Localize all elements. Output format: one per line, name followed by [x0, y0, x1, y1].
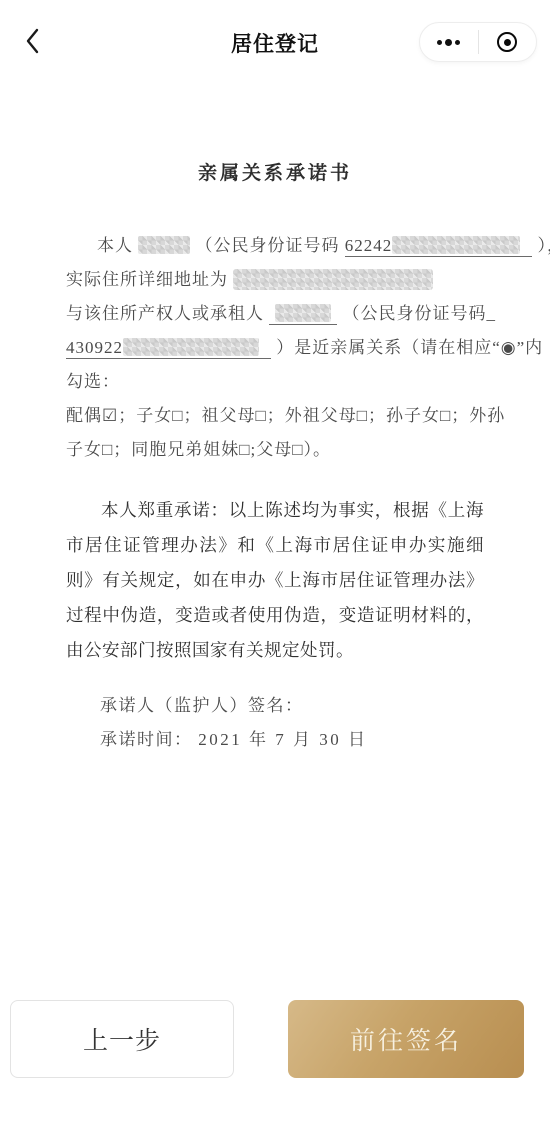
- relation-options-text: 子女□；同胞兄弟姐妹□;父母□）。: [66, 440, 331, 459]
- text-id-label-2: （公民身份证号码_: [343, 304, 497, 323]
- text-tick-label: 勾选：: [66, 372, 120, 391]
- redacted-id-number: [392, 236, 520, 254]
- text-tail: ），: [538, 236, 550, 255]
- landlord-name-field: [269, 304, 337, 325]
- id-number-field: 62242: [345, 236, 533, 257]
- residence-registration-screen: 居住登记 亲属关系承诺书 本人 （公民身份证号码 62242: [0, 0, 550, 1135]
- text-id-label: （公民身份证号码: [196, 236, 340, 255]
- date-label: 承诺时间：: [100, 730, 193, 749]
- relation-options-text: 配偶☑；子女□；祖父母□；外祖父母□；孙子女□；外孙: [66, 406, 505, 425]
- target-circle-icon: [497, 32, 517, 52]
- doc-line: 430922 ）是近亲属关系（请在相应“◉”内: [66, 331, 484, 365]
- go-to-sign-button[interactable]: 前往签名: [288, 1000, 524, 1078]
- relation-options-line-2: 子女□；同胞兄弟姐妹□;父母□）。: [66, 433, 484, 467]
- id-number-visible: 62242: [345, 236, 393, 255]
- date-value: 2021 年 7 月 30 日: [198, 730, 367, 749]
- more-menu-button[interactable]: [420, 23, 478, 61]
- doc-line: 勾选：: [66, 365, 484, 399]
- text-landlord-label: 与该住所产权人或承租人: [66, 304, 264, 323]
- signature-block: 承诺人（监护人）签名： 承诺时间： 2021 年 7 月 30 日: [66, 689, 484, 757]
- paragraph-commitment: 本人郑重承诺：以上陈述均为事实，根据《上海市居住证管理办法》和《上海市居住证申办…: [66, 493, 484, 668]
- doc-line: 实际住所详细地址为: [66, 263, 484, 297]
- redacted-name: [138, 236, 190, 254]
- doc-line: 与该住所产权人或承租人 （公民身份证号码_: [66, 297, 484, 331]
- paragraph-identity: 本人 （公民身份证号码 62242 ）， 实际住所详细地址为 与该住所产权人或承…: [66, 229, 484, 467]
- three-dots-icon: [437, 39, 460, 46]
- landlord-id-field: 430922: [66, 338, 271, 359]
- previous-step-button[interactable]: 上一步: [10, 1000, 234, 1078]
- redacted-landlord-id: [123, 338, 259, 356]
- wechat-capsule: [419, 22, 537, 62]
- text-relation: ）是近亲属关系（请在相应“◉”内: [276, 338, 543, 357]
- text-address-label: 实际住所详细地址为: [66, 270, 228, 289]
- landlord-id-visible: 430922: [66, 338, 123, 357]
- footer-actions: 上一步 前往签名: [10, 1000, 524, 1078]
- nav-bar: 居住登记: [0, 0, 550, 80]
- minimize-button[interactable]: [479, 23, 537, 61]
- redacted-address: [233, 269, 433, 290]
- document-title: 亲属关系承诺书: [66, 158, 484, 185]
- commitment-document: 亲属关系承诺书 本人 （公民身份证号码 62242 ）， 实际住所详细地址为 与…: [0, 158, 550, 757]
- text-self: 本人: [97, 236, 133, 255]
- relation-options-line-1: 配偶☑；子女□；祖父母□；外祖父母□；孙子女□；外孙: [66, 399, 484, 433]
- signer-label: 承诺人（监护人）签名：: [100, 689, 484, 723]
- commit-date-line: 承诺时间： 2021 年 7 月 30 日: [100, 723, 484, 757]
- redacted-landlord-name: [275, 304, 331, 322]
- doc-line: 本人 （公民身份证号码 62242 ），: [66, 229, 484, 263]
